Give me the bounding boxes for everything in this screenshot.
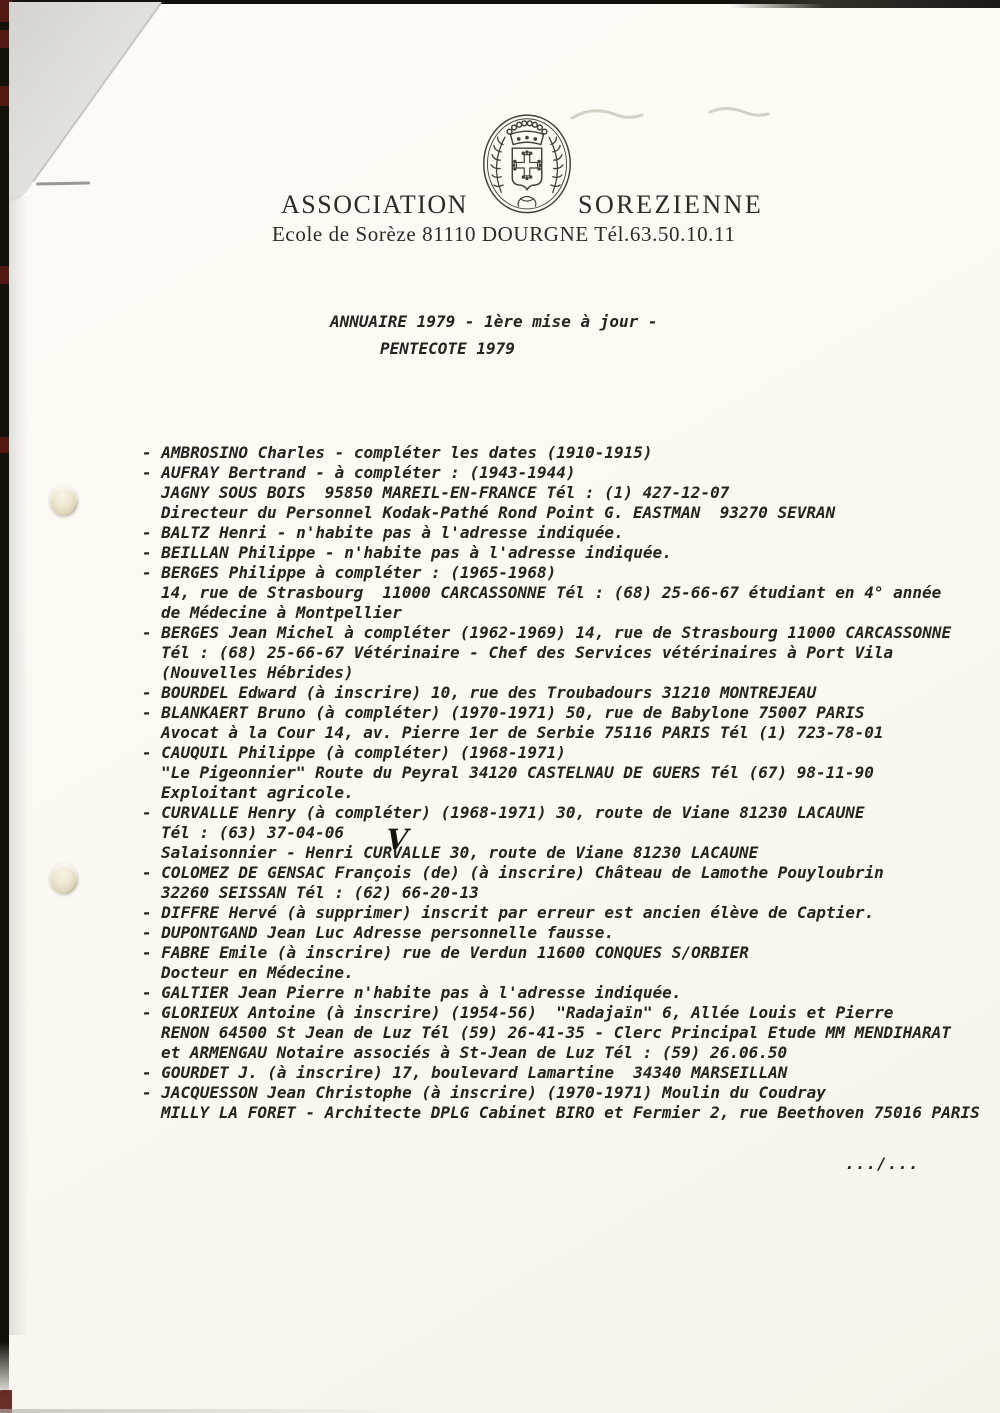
document-line: MILLY LA FORET - Architecte DPLG Cabinet… — [142, 1103, 980, 1123]
document-line: et ARMENGAU Notaire associés à St-Jean d… — [142, 1043, 980, 1063]
org-address-line: Ecole de Sorèze 81110 DOURGNE Tél.63.50.… — [272, 222, 735, 247]
document-line: - DUPONTGAND Jean Luc Adresse personnell… — [142, 923, 980, 943]
document-line: "Le Pigeonnier" Route du Peyral 34120 CA… — [142, 763, 980, 783]
page-edge-shadow — [9, 195, 29, 1335]
document-line: Tél : (63) 37-04-06 — [142, 823, 980, 843]
document-line: Exploitant agricole. — [142, 783, 980, 803]
document-title: ANNUAIRE 1979 - 1ère mise à jour - PENTE… — [330, 312, 658, 359]
org-name-right: SOREZIENNE — [578, 190, 763, 220]
bottom-edge-smudge — [0, 1409, 420, 1413]
document-line: Salaisonnier - Henri CURVALLE 30, route … — [142, 843, 980, 863]
page-continuation-mark: .../... — [845, 1154, 919, 1173]
document-line: JAGNY SOUS BOIS 95850 MAREIL-EN-FRANCE T… — [142, 483, 980, 503]
document-line: Tél : (68) 25-66-67 Vétérinaire - Chef d… — [142, 643, 980, 663]
document-line: - GLORIEUX Antoine (à inscrire) (1954-56… — [142, 1003, 980, 1023]
document-line: - CAUQUIL Philippe (à compléter) (1968-1… — [142, 743, 980, 763]
document-line: RENON 64500 St Jean de Luz Tél (59) 26-4… — [142, 1023, 980, 1043]
document-line: 14, rue de Strasbourg 11000 CARCASSONNE … — [142, 583, 980, 603]
scanned-page: ASSOCIATION SOREZIENNE Ecole de Sorèze 8… — [0, 0, 1000, 1413]
title-line-2: PENTECOTE 1979 — [330, 339, 658, 359]
document-line: - BEILLAN Philippe - n'habite pas à l'ad… — [142, 543, 980, 563]
document-line: - BERGES Philippe à compléter : (1965-19… — [142, 563, 980, 583]
document-line: - BOURDEL Edward (à inscrire) 10, rue de… — [142, 683, 980, 703]
document-line: - GALTIER Jean Pierre n'habite pas à l'a… — [142, 983, 980, 1003]
title-line-1: ANNUAIRE 1979 - 1ère mise à jour - — [330, 312, 658, 332]
document-line: de Médecine à Montpellier — [142, 603, 980, 623]
document-line: - COLOMEZ DE GENSAC François (de) (à ins… — [142, 863, 980, 883]
document-line: - DIFFRE Hervé (à supprimer) inscrit par… — [142, 903, 980, 923]
document-line: - JACQUESSON Jean Christophe (à inscrire… — [142, 1083, 980, 1103]
org-name-left: ASSOCIATION — [281, 190, 468, 220]
document-line: - BERGES Jean Michel à compléter (1962-1… — [142, 623, 980, 643]
document-line: - FABRE Emile (à inscrire) rue de Verdun… — [142, 943, 980, 963]
document-line: - CURVALLE Henry (à compléter) (1968-197… — [142, 803, 980, 823]
document-line: - BLANKAERT Bruno (à compléter) (1970-19… — [142, 703, 980, 723]
punch-hole — [50, 486, 78, 516]
pencil-smudge — [560, 96, 790, 141]
document-line: - AUFRAY Bertrand - à compléter : (1943-… — [142, 463, 980, 483]
document-line: - GOURDET J. (à inscrire) 17, boulevard … — [142, 1063, 980, 1083]
entries-list: - AMBROSINO Charles - compléter les date… — [142, 443, 980, 1123]
document-line: Directeur du Personnel Kodak-Pathé Rond … — [142, 503, 980, 523]
document-line: 32260 SEISSAN Tél : (62) 66-20-13 — [142, 883, 980, 903]
punch-hole — [50, 864, 78, 894]
document-line: - BALTZ Henri - n'habite pas à l'adresse… — [142, 523, 980, 543]
document-line: Docteur en Médecine. — [142, 963, 980, 983]
scanner-edge-top-right — [730, 0, 1000, 8]
document-line: Avocat à la Cour 14, av. Pierre 1er de S… — [142, 723, 980, 743]
document-line: - AMBROSINO Charles - compléter les date… — [142, 443, 980, 463]
document-line: (Nouvelles Hébrides) — [142, 663, 980, 683]
